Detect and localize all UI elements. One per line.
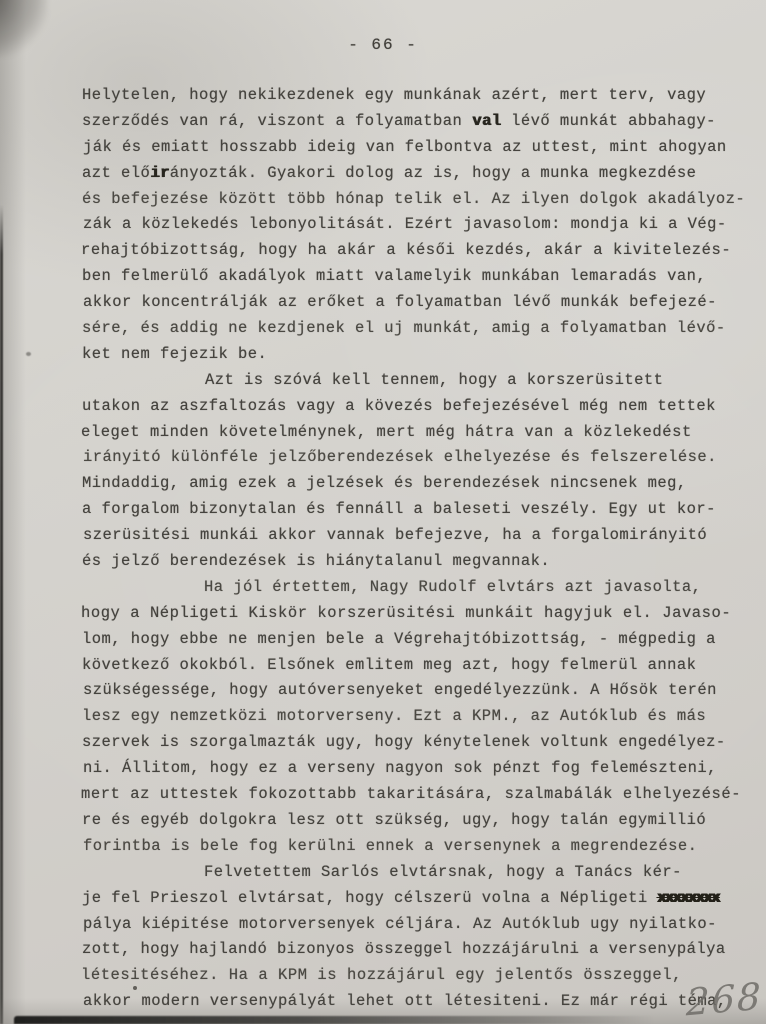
text-segment: lom, hogy ebbe ne menjen bele a Végrehaj…	[82, 630, 716, 648]
text-line: akkor koncentrálják az erőket a folyamat…	[83, 290, 742, 316]
text-line: forintba is bele fog kerülni ennek a ver…	[83, 834, 742, 860]
handwritten-page-number: 268	[686, 975, 763, 1024]
text-segment: következő okokból. Elsőnek emlitem meg a…	[82, 656, 696, 674]
text-segment: eleget minden követelménynek, mert még h…	[81, 423, 692, 441]
text-line: Felvetettem Sarlós elvtársnak, hogy a Ta…	[82, 860, 742, 886]
text-segment: azt elő	[82, 164, 150, 182]
text-line: sére, és addig ne kezdjenek el uj munkát…	[82, 316, 742, 342]
text-line: akkor modern versenypályát lehet ott lét…	[83, 989, 742, 1015]
text-segment: zott, hogy hajlandó bizonyos összeggel h…	[82, 940, 726, 958]
text-segment: mert az uttestek fokozottabb takaritásár…	[81, 785, 741, 803]
text-segment: utakon az aszfaltozás vagy a kövezés bef…	[82, 397, 716, 415]
text-line: Azt is szóvá kell tennem, hogy a korszer…	[83, 368, 742, 394]
text-segment: szerződés van rá, viszont a folyamatban	[82, 112, 472, 130]
text-segment: szükségessége, hogy autóversenyeket enge…	[83, 681, 717, 699]
text-line: je fel Prieszol elvtársat, hogy célszerü…	[82, 886, 742, 912]
text-line: szerüsitési munkái akkor vannak befejezv…	[83, 523, 742, 549]
scan-band-bottom-edge	[14, 1016, 654, 1024]
text-segment: és befejezése között több hónap telik el…	[82, 190, 745, 208]
text-segment: ket nem fejezik be.	[82, 345, 267, 363]
text-line: zák a közlekedés lebonyolitását. Ezért j…	[83, 212, 742, 238]
text-segment: pálya kiépitése motorversenyek céljára. …	[83, 915, 717, 933]
overtyped-word: ir	[150, 164, 170, 182]
text-segment: és jelző berendezések is hiánytalanul me…	[82, 552, 550, 570]
text-segment: akkor koncentrálják az erőket a folyamat…	[83, 293, 717, 311]
text-line: hogy a Népligeti Kiskör korszerüsitési m…	[81, 601, 742, 627]
text-segment: Azt is szóvá kell tennem, hogy a korszer…	[205, 371, 663, 389]
text-line: Ha jól értettem, Nagy Rudolf elvtárs azt…	[82, 575, 742, 601]
text-segment: lesz egy nemzetközi motorverseny. Ezt a …	[82, 707, 706, 725]
text-line: következő okokból. Elsőnek emlitem meg a…	[82, 653, 742, 679]
scanned-document-page: { "page": { "number_label": "- 66 -", "h…	[0, 0, 766, 1024]
text-segment: rehajtóbizottság, hogy ha akár a késői k…	[81, 241, 731, 259]
text-segment: Felvetettem Sarlós elvtársnak, hogy a Ta…	[204, 863, 682, 881]
text-line: szükségessége, hogy autóversenyeket enge…	[83, 678, 742, 704]
text-segment: zák a közlekedés lebonyolitását. Ezért j…	[83, 215, 727, 233]
text-line: létesitéséhez. Ha a KPM is hozzájárul eg…	[81, 963, 742, 989]
text-segment: a forgalom bizonytalan és fennáll a bale…	[82, 500, 716, 518]
text-segment: Helytelen, hogy nekikezdenek egy munkána…	[82, 86, 706, 104]
text-line: rehajtóbizottság, hogy ha akár a késői k…	[81, 238, 742, 264]
text-segment: ányozták. Gyakori dolog az is, hogy a mu…	[170, 164, 697, 182]
text-line: ni. Állitom, hogy ez a verseny nagyon so…	[83, 756, 742, 782]
text-line: eleget minden követelménynek, mert még h…	[81, 420, 742, 446]
text-segment: ni. Állitom, hogy ez a verseny nagyon so…	[83, 759, 717, 777]
text-segment: ják és emiatt hosszabb ideig van felbont…	[83, 138, 727, 156]
text-line: irányitó különféle jelzőberendezések elh…	[83, 445, 742, 471]
page-number: - 66 -	[0, 36, 766, 54]
scan-speck-left	[26, 352, 31, 356]
text-segment: re és egyéb dolgokra lesz ott szükség, u…	[82, 811, 706, 829]
text-line: ben felmerülő akadályok miatt valamelyik…	[82, 264, 742, 290]
scan-shadow-left	[0, 0, 26, 1024]
text-segment: hogy a Népligeti Kiskör korszerüsitési m…	[81, 604, 731, 622]
text-line: szerződés van rá, viszont a folyamatban …	[82, 109, 742, 135]
text-segment: szerüsitési munkái akkor vannak befejezv…	[83, 526, 707, 544]
text-line: és befejezése között több hónap telik el…	[82, 187, 742, 213]
text-segment: lévő munkát abbahagy-	[501, 112, 716, 130]
text-line: lesz egy nemzetközi motorverseny. Ezt a …	[82, 704, 742, 730]
text-segment: ben felmerülő akadályok miatt valamelyik…	[82, 267, 706, 285]
struck-out-word: xxxxxxxx	[657, 889, 719, 907]
text-line: azt előirányozták. Gyakori dolog az is, …	[82, 161, 742, 187]
text-line: és jelző berendezések is hiánytalanul me…	[82, 549, 742, 575]
text-segment: szervek is szorgalmazták ugy, hogy kényt…	[82, 733, 726, 751]
text-line: ket nem fejezik be.	[82, 342, 742, 368]
text-line: re és egyéb dolgokra lesz ott szükség, u…	[82, 808, 742, 834]
scan-line-left-edge	[0, 205, 3, 1024]
overtyped-word: val	[472, 112, 501, 130]
text-line: Helytelen, hogy nekikezdenek egy munkána…	[82, 83, 742, 109]
text-segment: sére, és addig ne kezdjenek el uj munkát…	[82, 319, 726, 337]
text-segment: létesitéséhez. Ha a KPM is hozzájárul eg…	[81, 966, 682, 984]
text-segment: Ha jól értettem, Nagy Rudolf elvtárs azt…	[204, 578, 701, 596]
text-line: lom, hogy ebbe ne menjen bele a Végrehaj…	[82, 627, 742, 653]
text-segment: akkor modern versenypályát lehet ott lét…	[83, 992, 727, 1010]
text-line: szervek is szorgalmazták ugy, hogy kényt…	[82, 730, 742, 756]
text-line: ják és emiatt hosszabb ideig van felbont…	[83, 135, 742, 161]
text-line: zott, hogy hajlandó bizonyos összeggel h…	[82, 937, 742, 963]
text-line: mert az uttestek fokozottabb takaritásár…	[81, 782, 742, 808]
text-line: Mindaddig, amig ezek a jelzések és beren…	[82, 471, 742, 497]
text-segment: irányitó különféle jelzőberendezések elh…	[83, 448, 717, 466]
text-segment: Mindaddig, amig ezek a jelzések és beren…	[82, 474, 687, 492]
typewritten-text: Helytelen, hogy nekikezdenek egy munkána…	[82, 83, 742, 1015]
text-line: a forgalom bizonytalan és fennáll a bale…	[82, 497, 742, 523]
text-line: pálya kiépitése motorversenyek céljára. …	[83, 912, 742, 938]
text-segment: forintba is bele fog kerülni ennek a ver…	[83, 837, 697, 855]
text-segment: je fel Prieszol elvtársat, hogy célszerü…	[82, 889, 657, 907]
text-line: utakon az aszfaltozás vagy a kövezés bef…	[82, 394, 742, 420]
